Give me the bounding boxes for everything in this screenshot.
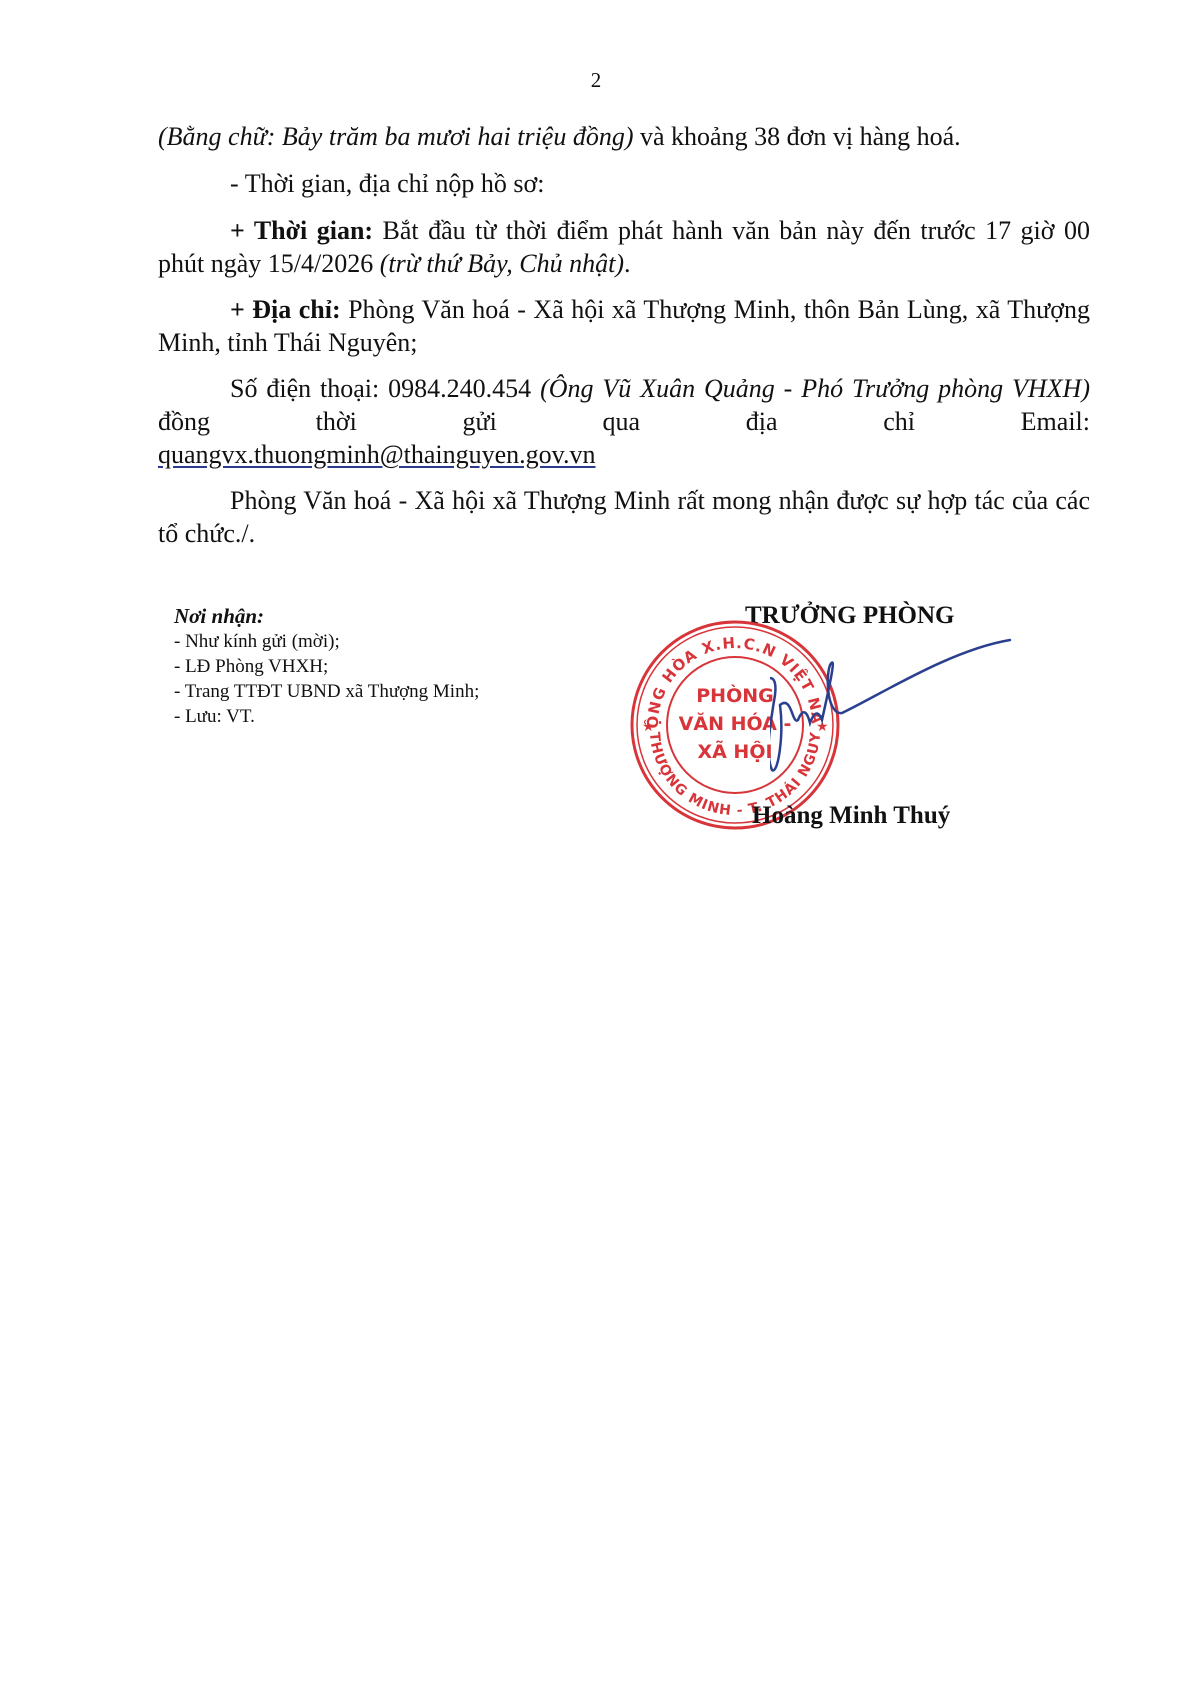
- contact-person: (Ông Vũ Xuân Quảng - Phó Trưởng phòng VH…: [540, 374, 1090, 403]
- contact-line: Số điện thoại: 0984.240.454 (Ông Vũ Xuân…: [158, 372, 1090, 438]
- paragraph-submission-heading: - Thời gian, địa chỉ nộp hồ sơ:: [158, 167, 1090, 200]
- recipient-item: - LĐ Phòng VHXH;: [174, 654, 479, 679]
- recipient-item: - Trang TTĐT UBND xã Thượng Minh;: [174, 679, 479, 704]
- address-label: + Địa chỉ:: [230, 295, 341, 324]
- recipients-title: Nơi nhận:: [174, 604, 479, 629]
- goods-count-text: và khoảng 38 đơn vị hàng hoá.: [634, 122, 961, 151]
- handwritten-signature-icon: [770, 635, 1020, 785]
- paragraph-closing: Phòng Văn hoá - Xã hội xã Thượng Minh rấ…: [158, 484, 1090, 550]
- page-number: 2: [0, 68, 1192, 93]
- email-intro: đồng thời gửi qua địa chỉ Email:: [158, 407, 1090, 436]
- email-link[interactable]: quangvx.thuongminh@thainguyen.gov.vn: [158, 440, 596, 469]
- time-label: + Thời gian:: [230, 216, 373, 245]
- recipient-item: - Như kính gửi (mời);: [174, 629, 479, 654]
- paragraph-submission-address: + Địa chỉ: Phòng Văn hoá - Xã hội xã Thư…: [158, 293, 1090, 359]
- recipients-list: - Như kính gửi (mời); - LĐ Phòng VHXH; -…: [174, 629, 479, 729]
- svg-text:PHÒNG: PHÒNG: [696, 683, 773, 707]
- time-end: .: [624, 249, 631, 278]
- paragraph-amount-in-words: (Bằng chữ: Bảy trăm ba mươi hai triệu đồ…: [158, 120, 1090, 153]
- paragraph-contact: Số điện thoại: 0984.240.454 (Ông Vũ Xuân…: [158, 372, 1090, 471]
- time-exception: (trừ thứ Bảy, Chủ nhật): [380, 249, 624, 278]
- phone-text: Số điện thoại: 0984.240.454: [230, 374, 540, 403]
- signer-name: Hoàng Minh Thuý: [752, 802, 950, 830]
- recipient-item: - Lưu: VT.: [174, 704, 479, 729]
- svg-text:XÃ HỘI: XÃ HỘI: [697, 739, 772, 763]
- paragraph-submission-time: + Thời gian: Bắt đầu từ thời điểm phát h…: [158, 214, 1090, 280]
- recipients-block: Nơi nhận: - Như kính gửi (mời); - LĐ Phò…: [174, 604, 479, 729]
- amount-in-words: (Bằng chữ: Bảy trăm ba mươi hai triệu đồ…: [158, 122, 634, 151]
- svg-text:★: ★: [642, 719, 655, 735]
